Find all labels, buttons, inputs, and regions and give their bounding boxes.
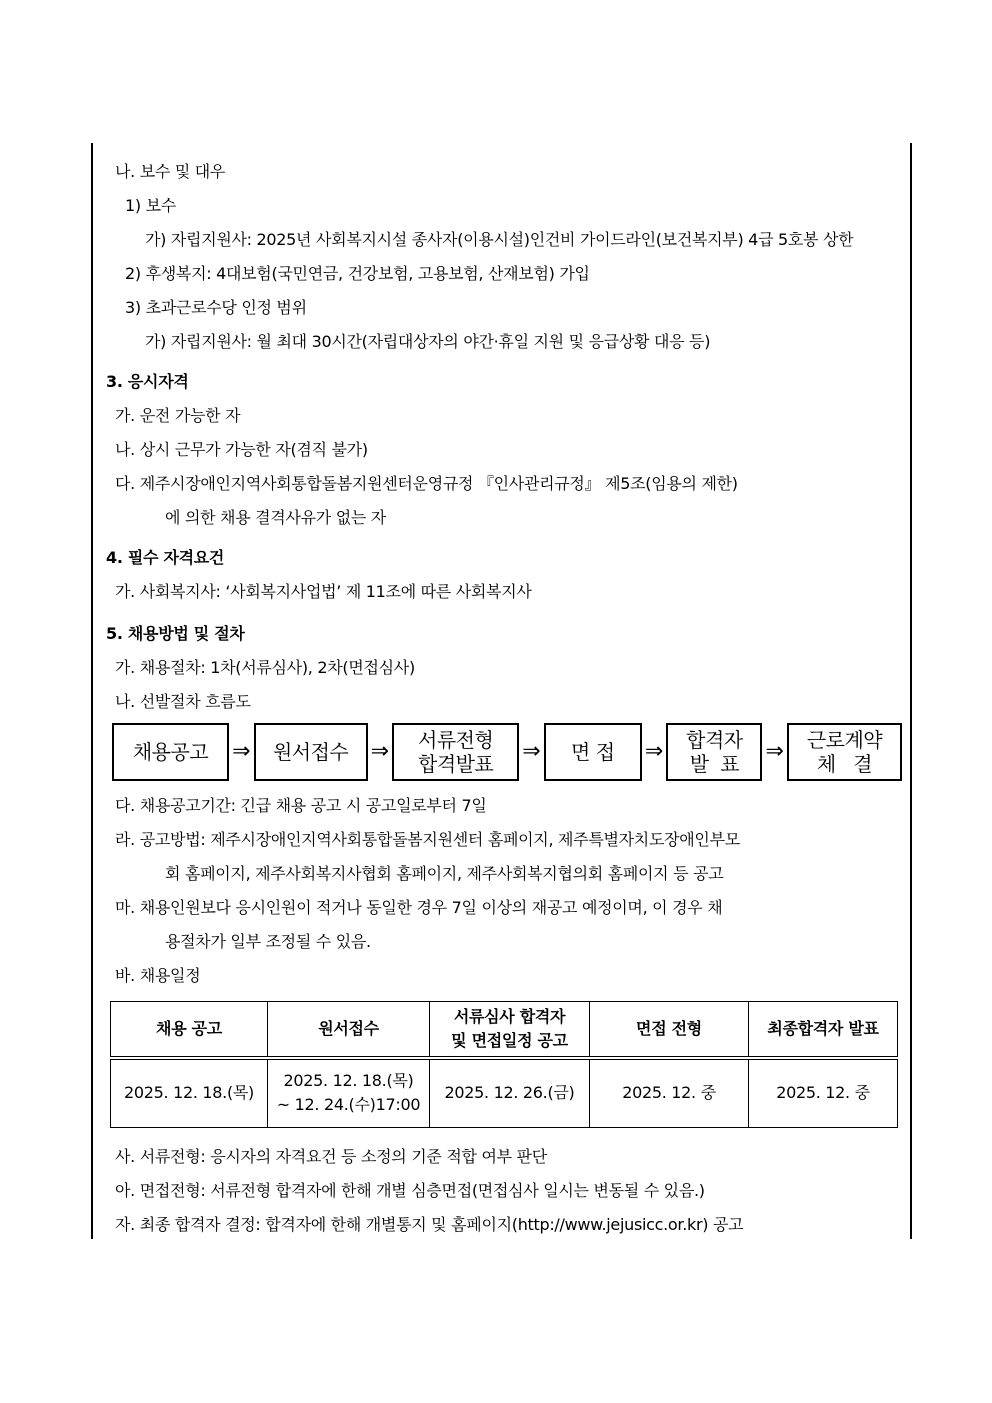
item-schedule-label: 바. 채용일정: [93, 959, 910, 993]
item-posting-method-cont: 회 홈페이지, 제주사회복지사협회 홈페이지, 제주사회복지협의회 홈페이지 등…: [93, 857, 910, 891]
arrow-right-icon: ⇒: [231, 723, 251, 781]
col-header-announcement: 채용 공고: [111, 1002, 268, 1058]
item-pay: 1) 보수: [93, 189, 910, 223]
cell-final-date: 2025. 12. 중: [749, 1058, 898, 1128]
flow-step-label: 합격자: [686, 728, 742, 752]
flow-step-application: 원서접수: [254, 723, 368, 781]
cell-announcement-date: 2025. 12. 18.(목): [111, 1058, 268, 1128]
item-repost-notice-cont: 용절차가 일부 조정될 수 있음.: [93, 925, 910, 959]
section-eligibility: 3. 응시자격: [93, 365, 910, 399]
item-pay-detail: 가) 자립지원사: 2025년 사회복지시설 종사자(이용시설)인건비 가이드라…: [93, 223, 910, 257]
flow-step-label: 발 표: [690, 752, 739, 776]
flow-step-label: 체 결: [817, 752, 872, 776]
item-posting-method: 라. 공고방법: 제주시장애인지역사회통합돌봄지원센터 홈페이지, 제주특별자치…: [93, 823, 910, 857]
arrow-right-icon: ⇒: [370, 723, 390, 781]
item-driving: 가. 운전 가능한 자: [93, 399, 910, 433]
page-frame: 나. 보수 및 대우 1) 보수 가) 자립지원사: 2025년 사회복지시설 …: [91, 143, 912, 1239]
flow-step-announcement: 채용공고: [112, 723, 229, 781]
flow-step-document-screening: 서류전형 합격발표: [392, 723, 519, 781]
section-requirements: 4. 필수 자격요건: [93, 541, 910, 575]
flow-step-interview: 면 접: [544, 723, 642, 781]
flow-step-label: 서류전형: [418, 728, 493, 752]
cell-screening-date: 2025. 12. 26.(금): [430, 1058, 590, 1128]
recruitment-schedule-table: 채용 공고 원서접수 서류심사 합격자 및 면접일정 공고 면접 전형 최종합격…: [110, 1001, 898, 1128]
item-fulltime: 나. 상시 근무가 가능한 자(겸직 불가): [93, 433, 910, 467]
col-header-screening: 서류심사 합격자 및 면접일정 공고: [430, 1002, 590, 1058]
item-final-decision: 자. 최종 합격자 결정: 합격자에 한해 개별통지 및 홈페이지(http:/…: [93, 1208, 910, 1239]
heading-compensation: 나. 보수 및 대우: [93, 155, 910, 189]
arrow-right-icon: ⇒: [521, 723, 541, 781]
item-welfare: 2) 후생복지: 4대보험(국민연금, 건강보험, 고용보험, 산재보험) 가입: [93, 257, 910, 291]
col-header-interview: 면접 전형: [590, 1002, 749, 1058]
flow-step-label: 원서접수: [273, 740, 348, 764]
flow-step-label: 채용공고: [133, 740, 208, 764]
flow-step-contract: 근로계약 체 결: [787, 723, 902, 781]
item-repost-notice: 마. 채용인원보다 응시인원이 적거나 동일한 경우 7일 이상의 재공고 예정…: [93, 891, 910, 925]
cell-application-period: 2025. 12. 18.(목) ~ 12. 24.(수)17:00: [268, 1058, 430, 1128]
item-disqualification: 다. 제주시장애인지역사회통합돌봄지원센터운영규정 『인사관리규정』 제5조(임…: [93, 467, 910, 501]
flow-step-label: 합격발표: [418, 752, 493, 776]
table-row: 2025. 12. 18.(목) 2025. 12. 18.(목) ~ 12. …: [111, 1058, 898, 1128]
section-process: 5. 채용방법 및 절차: [93, 617, 910, 651]
flow-step-label: 근로계약: [807, 728, 882, 752]
cell-interview-date: 2025. 12. 중: [590, 1058, 749, 1128]
item-overtime-detail: 가) 자립지원사: 월 최대 30시간(자립대상자의 야간·휴일 지원 및 응급…: [93, 325, 910, 359]
item-interview-screening: 아. 면접전형: 서류전형 합격자에 한해 개별 심층면접(면접심사 일시는 변…: [93, 1174, 910, 1208]
document-page: 나. 보수 및 대우 1) 보수 가) 자립지원사: 2025년 사회복지시설 …: [0, 0, 992, 1403]
item-flowchart-label: 나. 선발절차 흐름도: [93, 685, 910, 719]
item-document-screening: 사. 서류전형: 응시자의 자격요건 등 소정의 기준 적합 여부 판단: [93, 1140, 910, 1174]
selection-flowchart: 채용공고 ⇒ 원서접수 ⇒ 서류전형 합격발표 ⇒ 면 접 ⇒ 합격자 발 표: [112, 723, 902, 781]
item-posting-period: 다. 채용공고기간: 긴급 채용 공고 시 공고일로부터 7일: [93, 789, 910, 823]
item-procedure: 가. 채용절차: 1차(서류심사), 2차(면접심사): [93, 651, 910, 685]
col-header-final: 최종합격자 발표: [749, 1002, 898, 1058]
col-header-application: 원서접수: [268, 1002, 430, 1058]
item-overtime: 3) 초과근로수당 인정 범위: [93, 291, 910, 325]
flow-step-pass-announcement: 합격자 발 표: [666, 723, 762, 781]
item-disqualification-cont: 에 의한 채용 결격사유가 없는 자: [93, 501, 910, 535]
flow-step-label: 면 접: [571, 740, 615, 764]
arrow-right-icon: ⇒: [644, 723, 664, 781]
item-social-worker: 가. 사회복지사: ‘사회복지사업법’ 제 11조에 따른 사회복지사: [93, 575, 910, 609]
table-header-row: 채용 공고 원서접수 서류심사 합격자 및 면접일정 공고 면접 전형 최종합격…: [111, 1002, 898, 1058]
arrow-right-icon: ⇒: [764, 723, 784, 781]
